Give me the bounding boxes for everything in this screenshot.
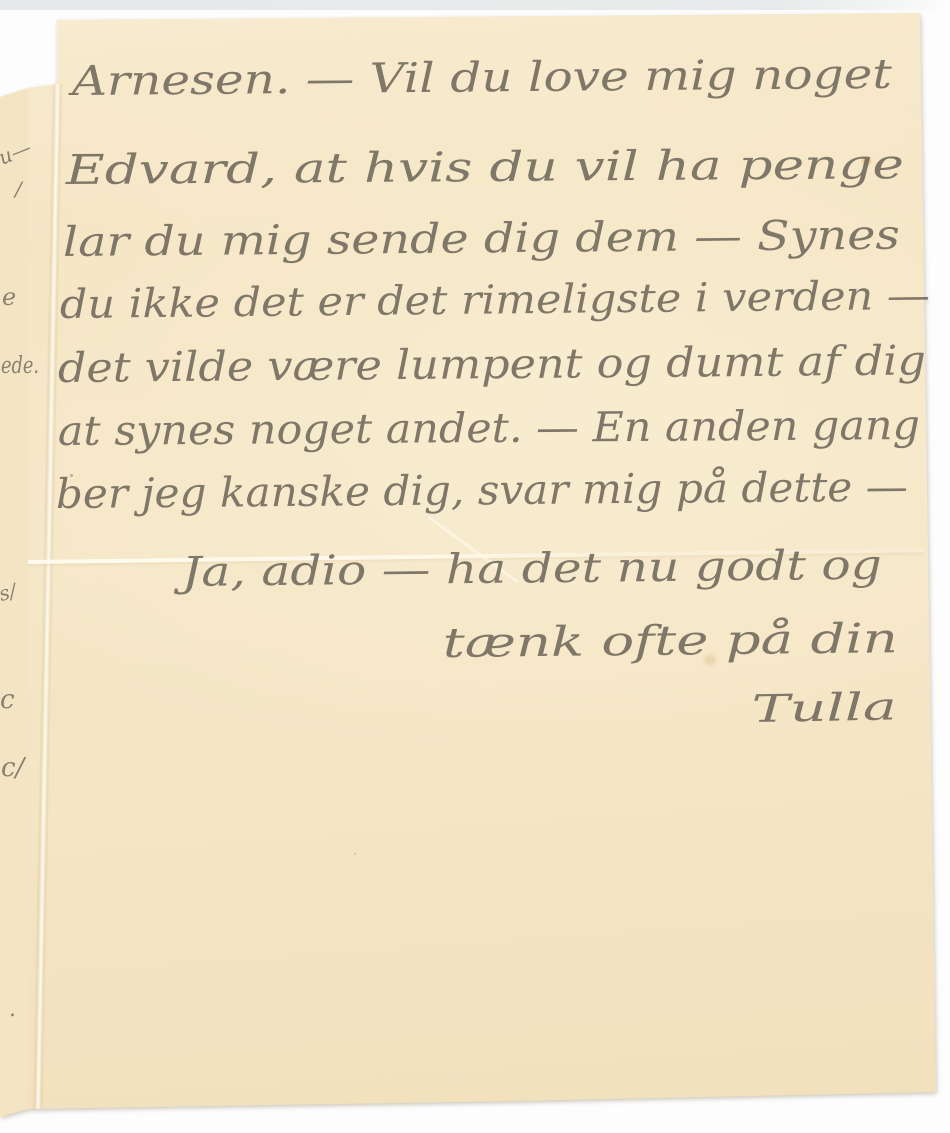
edge-fragment: c bbox=[0, 685, 15, 715]
letter-line-8: Ja, adio — ha det nu godt og bbox=[173, 541, 882, 596]
edge-fragment: e bbox=[2, 283, 16, 311]
letter-line-7: ber jeg kanske dig, svar mig på dette — bbox=[56, 463, 908, 518]
letter-line-6: at synes noget andet. — En anden gang bbox=[58, 401, 920, 455]
edge-fragment: s/ bbox=[0, 578, 21, 606]
paper-wrap: Arnesen. — Vil du love mig noget Edvard,… bbox=[0, 0, 950, 1133]
letter-line-9: tænk ofte på din bbox=[443, 614, 898, 667]
letter-line-2: Edvard, at hvis du vil ha penge bbox=[64, 140, 904, 194]
letter-line-1: Arnesen. — Vil du love mig noget bbox=[67, 50, 893, 105]
edge-fragment: u— bbox=[0, 135, 34, 170]
edge-fragment: c/ bbox=[1, 753, 27, 783]
edge-fragment: . bbox=[9, 997, 16, 1022]
letter-line-5: det vilde være lumpent og dumt af dig bbox=[58, 336, 926, 392]
letter-line-4: du ikke det er det rimeligste i verden — bbox=[60, 273, 930, 328]
edge-fragment: / bbox=[13, 177, 24, 201]
edge-fragment: ede. bbox=[1, 353, 39, 379]
letter-scan: Arnesen. — Vil du love mig noget Edvard,… bbox=[0, 0, 950, 1133]
letter-line-3: lar du mig sende dig dem — Synes bbox=[63, 211, 900, 266]
handwriting-layer: Arnesen. — Vil du love mig noget Edvard,… bbox=[0, 0, 950, 1133]
signature: Tulla bbox=[751, 684, 897, 731]
